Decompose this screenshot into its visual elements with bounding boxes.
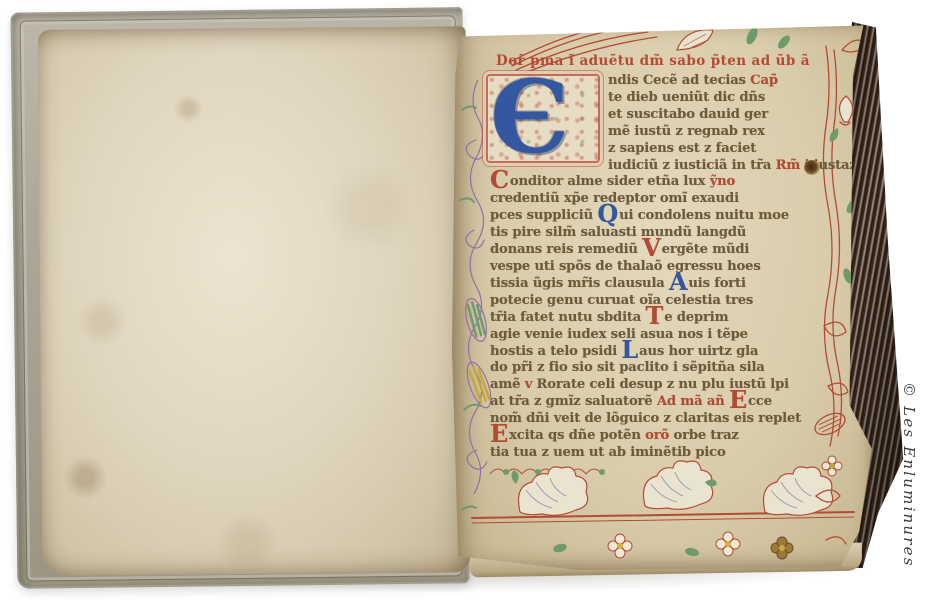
text-line: pces suppliciũ Qui condolens nuitu moe (490, 208, 844, 225)
right-manuscript-page: Dor̃ pma ĩ aduẽtu dm̃ sabo p̃ten ad ũb ã… (452, 20, 874, 570)
illuminated-initial: Є (486, 74, 600, 163)
wormhole-stain (804, 160, 820, 175)
text-line: tissia ũgis mr̃is clausula Auis forti (490, 276, 844, 293)
text-line: tis pire silm̃ saluasti mundũ langdũ (490, 225, 844, 242)
text-line: agie venie iudex seli asua nos i tẽpe (490, 327, 844, 344)
white-flower (608, 534, 632, 558)
text-line: Excita qs dñe potẽn orõ orbe traz (490, 428, 844, 445)
drop-cap-letter-E: Є (490, 68, 569, 166)
text-line: tr̃ia fatet nutu sbdita Te deprim (490, 310, 844, 327)
text-line: nom̃ dñi veit de lõguico z claritas eis … (490, 411, 844, 428)
text-line: tia tua z uem ut ab iminẽtib pico (490, 445, 844, 462)
text-line: donans reis remediũ Vergẽte mũdi (490, 242, 844, 259)
gold-flower (771, 537, 793, 559)
border-bottom-decoration (460, 456, 866, 568)
acanthus-leaf (511, 467, 587, 515)
copyright-watermark: © Les Enluminures (900, 382, 918, 568)
white-flower (716, 532, 740, 556)
text-line: at tr̃a z gmĩz saluatorẽ Ad mã añ Ecce (490, 394, 844, 411)
text-line: hostis a telo psidi Laus hor uirtz gla (490, 344, 844, 361)
text-line: do pr̃i z fio sio sit paclito i sẽpitña … (490, 360, 844, 377)
manuscript-text-block: Є ndis Cecẽ ad tecias Cap̃te dieb ueniũt… (490, 73, 844, 462)
acanthus-leaf (764, 467, 833, 515)
text-line: potecie genu curuat oĩa celestia tres (490, 293, 844, 310)
text-line: credentiũ xp̃e redeptor omĩ exaudi (490, 191, 844, 208)
text-line: vespe uti spõs de thalaõ egressu hoes (490, 259, 844, 276)
text-line: amẽ v Rorate celi desup z nu plu iustũ l… (490, 377, 844, 394)
left-blank-parchment-page (38, 26, 471, 576)
acanthus-leaf (644, 461, 718, 509)
book-photo: Dor̃ pma ĩ aduẽtu dm̃ sabo p̃ten ad ũb ã… (0, 0, 941, 600)
text-line: Conditor alme sider etña lux ỹno (490, 174, 844, 191)
